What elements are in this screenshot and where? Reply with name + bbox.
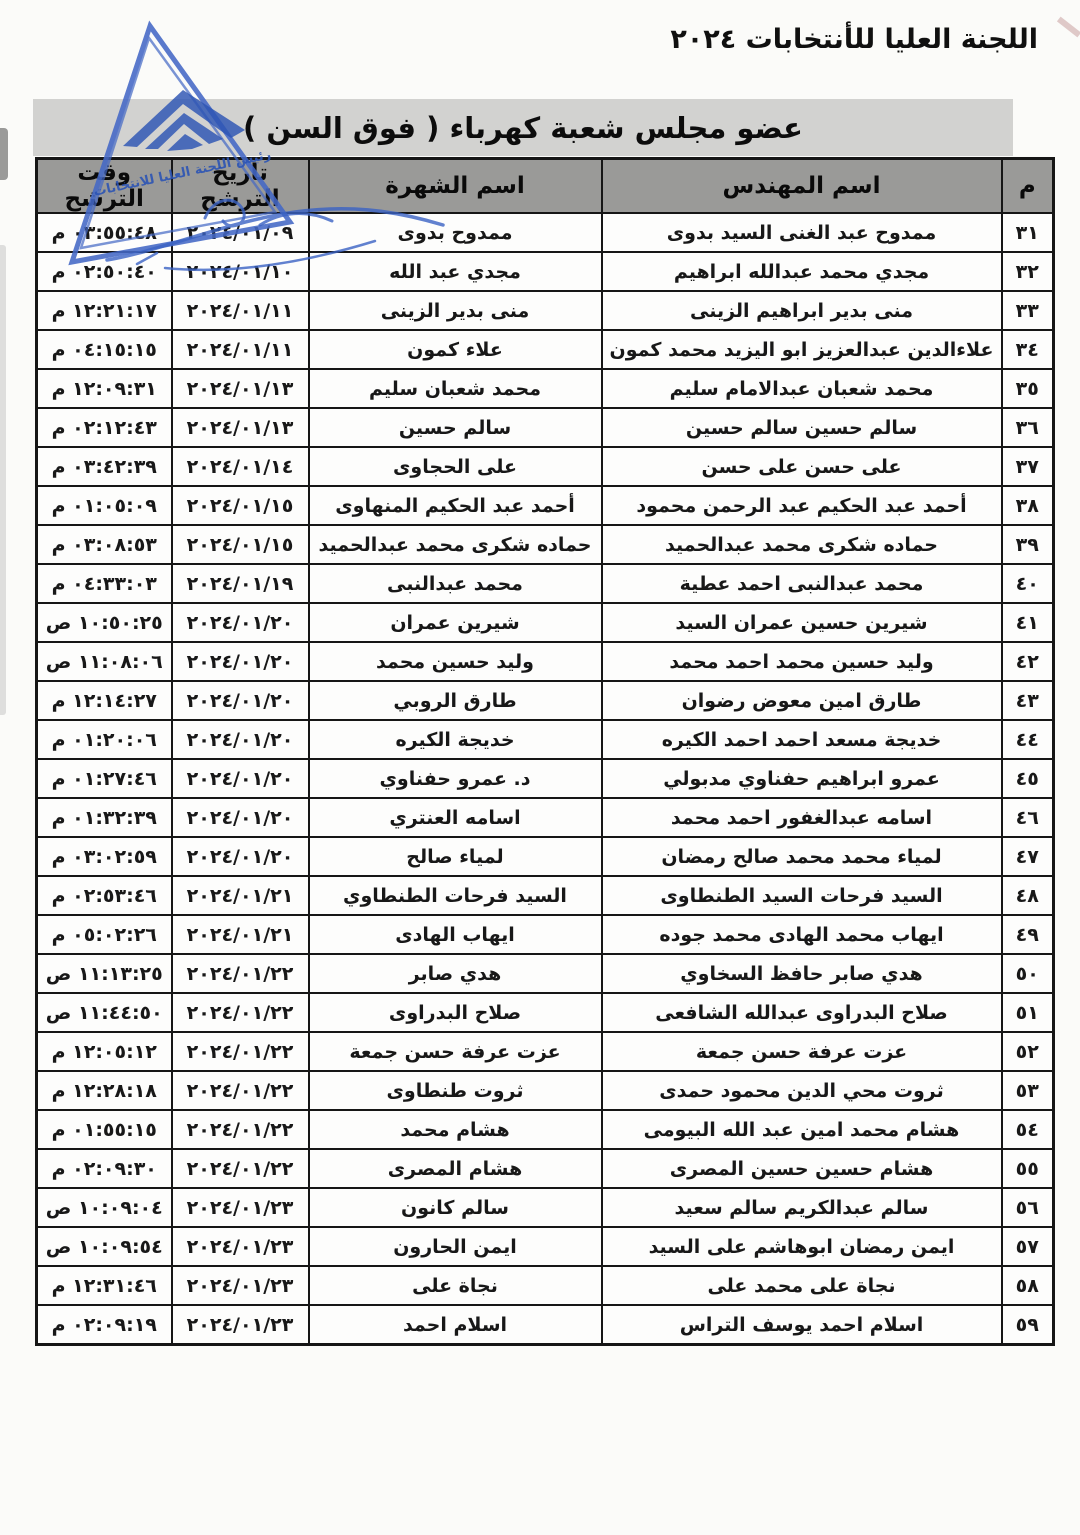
cell-engineer-name: حماده شكرى محمد عبدالحميد: [602, 525, 1002, 564]
table-row: ٣٤ علاءالدين عبدالعزيز ابو اليزيد محمد ك…: [37, 330, 1054, 369]
cell-serial-number: ٥٢: [1002, 1032, 1054, 1071]
cell-serial-number: ٥٩: [1002, 1305, 1054, 1345]
cell-alias-name: شيرين عمران: [309, 603, 602, 642]
cell-serial-number: ٤٨: [1002, 876, 1054, 915]
cell-alias-name: ايهاب الهادى: [309, 915, 602, 954]
table-row: ٤١ شيرين حسين عمران السيد شيرين عمران ٢٠…: [37, 603, 1054, 642]
cell-nomination-time: ١٢:٠٥:١٢ م: [37, 1032, 172, 1071]
cell-nomination-date: ٢٠٢٤/٠١/٢٠: [172, 603, 309, 642]
cell-nomination-date: ٢٠٢٤/٠١/٢٠: [172, 642, 309, 681]
cell-serial-number: ٤٧: [1002, 837, 1054, 876]
cell-serial-number: ٥١: [1002, 993, 1054, 1032]
cell-serial-number: ٤٢: [1002, 642, 1054, 681]
cell-nomination-date: ٢٠٢٤/٠١/٢٢: [172, 954, 309, 993]
cell-nomination-date: ٢٠٢٤/٠١/١٠: [172, 252, 309, 291]
cell-nomination-date: ٢٠٢٤/٠١/٢٢: [172, 1071, 309, 1110]
cell-nomination-date: ٢٠٢٤/٠١/١٤: [172, 447, 309, 486]
cell-nomination-date: ٢٠٢٤/٠١/٢٢: [172, 993, 309, 1032]
cell-serial-number: ٣٨: [1002, 486, 1054, 525]
cell-nomination-time: ٠٣:٠٢:٥٩ م: [37, 837, 172, 876]
cell-alias-name: لمياء صالح: [309, 837, 602, 876]
candidates-table: م اسم المهندس اسم الشهرة تاريخ الترشح وق…: [35, 157, 1055, 1346]
cell-nomination-date: ٢٠٢٤/٠١/٢٣: [172, 1266, 309, 1305]
cell-nomination-time: ١٢:٠٩:٣١ م: [37, 369, 172, 408]
scanned-document-page: اللجنة العليا للأنتخابات ٢٠٢٤ عضو مجلس ش…: [0, 0, 1080, 1535]
cell-engineer-name: خديجة مسعد احمد احمد الكيره: [602, 720, 1002, 759]
table-row: ٥٩ اسلام احمد يوسف التراس اسلام احمد ٢٠٢…: [37, 1305, 1054, 1345]
cell-engineer-name: اسلام احمد يوسف التراس: [602, 1305, 1002, 1345]
cell-nomination-date: ٢٠٢٤/٠١/٢٣: [172, 1188, 309, 1227]
cell-engineer-name: عمرو ابراهيم حفناوي مدبولي: [602, 759, 1002, 798]
cell-nomination-date: ٢٠٢٤/٠١/٢٠: [172, 720, 309, 759]
scan-artifact-corner-tick: [1057, 17, 1080, 38]
cell-serial-number: ٤٤: [1002, 720, 1054, 759]
cell-nomination-date: ٢٠٢٤/٠١/٢٣: [172, 1305, 309, 1345]
col-header-serial: م: [1002, 159, 1054, 214]
table-row: ٥٤ هشام محمد امين عبد الله البيومى هشام …: [37, 1110, 1054, 1149]
page-title: اللجنة العليا للأنتخابات ٢٠٢٤: [670, 24, 1038, 55]
cell-nomination-date: ٢٠٢٤/٠١/٢١: [172, 915, 309, 954]
cell-serial-number: ٣٤: [1002, 330, 1054, 369]
cell-engineer-name: منى بدير ابراهيم الزينى: [602, 291, 1002, 330]
cell-engineer-name: محمد شعبان عبدالامام سليم: [602, 369, 1002, 408]
cell-nomination-time: ٠١:٣٢:٣٩ م: [37, 798, 172, 837]
cell-nomination-time: ٠١:٥٥:١٥ م: [37, 1110, 172, 1149]
cell-serial-number: ٥٤: [1002, 1110, 1054, 1149]
cell-serial-number: ٤٩: [1002, 915, 1054, 954]
cell-serial-number: ٥٧: [1002, 1227, 1054, 1266]
cell-nomination-time: ٠٤:١٥:١٥ م: [37, 330, 172, 369]
cell-alias-name: سالم كانون: [309, 1188, 602, 1227]
table-row: ٤٢ وليد حسين محمد احمد محمد وليد حسين مح…: [37, 642, 1054, 681]
cell-alias-name: حماده شكرى محمد عبدالحميد: [309, 525, 602, 564]
cell-nomination-time: ٠٤:٣٣:٠٣ م: [37, 564, 172, 603]
cell-engineer-name: على حسن على حسن: [602, 447, 1002, 486]
cell-nomination-time: ٠١:٢٧:٤٦ م: [37, 759, 172, 798]
cell-serial-number: ٣٧: [1002, 447, 1054, 486]
cell-alias-name: محمد شعبان سليم: [309, 369, 602, 408]
cell-alias-name: علاء كمون: [309, 330, 602, 369]
cell-serial-number: ٥٠: [1002, 954, 1054, 993]
table-row: ٤٨ السيد فرحات السيد الطنطاوى السيد فرحا…: [37, 876, 1054, 915]
cell-alias-name: السيد فرحات الطنطاوي: [309, 876, 602, 915]
cell-alias-name: طارق الروبي: [309, 681, 602, 720]
cell-serial-number: ٥٦: [1002, 1188, 1054, 1227]
table-row: ٤٠ محمد عبدالنبى احمد عطية محمد عبدالنبى…: [37, 564, 1054, 603]
cell-engineer-name: علاءالدين عبدالعزيز ابو اليزيد محمد كمون: [602, 330, 1002, 369]
cell-engineer-name: السيد فرحات السيد الطنطاوى: [602, 876, 1002, 915]
cell-engineer-name: مجدي محمد عبدالله ابراهيم: [602, 252, 1002, 291]
cell-serial-number: ٣١: [1002, 213, 1054, 252]
cell-engineer-name: اسامه عبدالغفور احمد محمد: [602, 798, 1002, 837]
table-row: ٤٤ خديجة مسعد احمد احمد الكيره خديجة الك…: [37, 720, 1054, 759]
cell-engineer-name: طارق امين معوض رضوان: [602, 681, 1002, 720]
cell-engineer-name: أحمد عبد الحكيم عبد الرحمن محمود: [602, 486, 1002, 525]
cell-alias-name: هدي صابر: [309, 954, 602, 993]
cell-nomination-time: ٠٢:١٢:٤٣ م: [37, 408, 172, 447]
table-row: ٤٥ عمرو ابراهيم حفناوي مدبولي د. عمرو حف…: [37, 759, 1054, 798]
cell-engineer-name: نجاة على محمد على: [602, 1266, 1002, 1305]
cell-nomination-date: ٢٠٢٤/٠١/١٥: [172, 486, 309, 525]
cell-nomination-time: ١٢:٢١:١٧ م: [37, 291, 172, 330]
cell-alias-name: هشام المصرى: [309, 1149, 602, 1188]
cell-nomination-date: ٢٠٢٤/٠١/٢١: [172, 876, 309, 915]
cell-nomination-time: ١٢:١٤:٢٧ م: [37, 681, 172, 720]
table-row: ٣٨ أحمد عبد الحكيم عبد الرحمن محمود أحمد…: [37, 486, 1054, 525]
cell-nomination-time: ١٢:٣١:٤٦ م: [37, 1266, 172, 1305]
cell-nomination-date: ٢٠٢٤/٠١/١٩: [172, 564, 309, 603]
col-header-nomination-time: وقت الترشح: [37, 159, 172, 214]
cell-nomination-time: ١٠:٥٠:٢٥ ص: [37, 603, 172, 642]
cell-alias-name: عزت عرفة حسن جمعة: [309, 1032, 602, 1071]
cell-alias-name: أحمد عبد الحكيم المنهاوى: [309, 486, 602, 525]
cell-nomination-time: ٠٢:٠٩:٣٠ م: [37, 1149, 172, 1188]
cell-alias-name: د. عمرو حفناوي: [309, 759, 602, 798]
col-header-nomination-date: تاريخ الترشح: [172, 159, 309, 214]
cell-engineer-name: سالم حسين سالم حسين: [602, 408, 1002, 447]
table-row: ٣٧ على حسن على حسن على الحجاوى ٢٠٢٤/٠١/١…: [37, 447, 1054, 486]
cell-engineer-name: ايمن رمضان ابوهاشم على السيد: [602, 1227, 1002, 1266]
cell-nomination-date: ٢٠٢٤/٠١/٢٠: [172, 681, 309, 720]
cell-serial-number: ٣٥: [1002, 369, 1054, 408]
cell-nomination-time: ٠٥:٠٢:٢٦ م: [37, 915, 172, 954]
cell-alias-name: اسلام احمد: [309, 1305, 602, 1345]
table-header-row: م اسم المهندس اسم الشهرة تاريخ الترشح وق…: [37, 159, 1054, 214]
col-header-alias-name: اسم الشهرة: [309, 159, 602, 214]
cell-engineer-name: شيرين حسين عمران السيد: [602, 603, 1002, 642]
cell-serial-number: ٣٢: [1002, 252, 1054, 291]
cell-engineer-name: صلاح البدراوى عبدالله الشافعى: [602, 993, 1002, 1032]
cell-nomination-date: ٢٠٢٤/٠١/٢٢: [172, 1149, 309, 1188]
table-row: ٣٢ مجدي محمد عبدالله ابراهيم مجدي عبد ال…: [37, 252, 1054, 291]
cell-nomination-date: ٢٠٢٤/٠١/١١: [172, 291, 309, 330]
cell-alias-name: خديجة الكيره: [309, 720, 602, 759]
cell-serial-number: ٤١: [1002, 603, 1054, 642]
table-row: ٣٦ سالم حسين سالم حسين سالم حسين ٢٠٢٤/٠١…: [37, 408, 1054, 447]
cell-nomination-time: ١٠:٠٩:٠٤ ص: [37, 1188, 172, 1227]
cell-engineer-name: هشام حسين حسين المصرى: [602, 1149, 1002, 1188]
cell-engineer-name: هشام محمد امين عبد الله البيومى: [602, 1110, 1002, 1149]
cell-engineer-name: هدي صابر حافظ السخاوي: [602, 954, 1002, 993]
cell-serial-number: ٣٣: [1002, 291, 1054, 330]
cell-engineer-name: عزت عرفة حسن جمعة: [602, 1032, 1002, 1071]
cell-alias-name: هشام محمد: [309, 1110, 602, 1149]
cell-nomination-time: ٠٣:٥٥:٤٨ م: [37, 213, 172, 252]
cell-nomination-time: ١٠:٠٩:٥٤ ص: [37, 1227, 172, 1266]
cell-nomination-date: ٢٠٢٤/٠١/٢٠: [172, 759, 309, 798]
cell-nomination-date: ٢٠٢٤/٠١/٢٠: [172, 798, 309, 837]
cell-alias-name: وليد حسين محمد: [309, 642, 602, 681]
cell-nomination-time: ٠٢:٥٣:٤٦ م: [37, 876, 172, 915]
cell-engineer-name: ممدوح عبد الغنى السيد بدوى: [602, 213, 1002, 252]
scan-artifact-left-blob: [0, 128, 8, 180]
table-row: ٥١ صلاح البدراوى عبدالله الشافعى صلاح ال…: [37, 993, 1054, 1032]
cell-nomination-date: ٢٠٢٤/٠١/١٣: [172, 369, 309, 408]
cell-serial-number: ٤٦: [1002, 798, 1054, 837]
cell-nomination-time: ١٢:٢٨:١٨ م: [37, 1071, 172, 1110]
cell-serial-number: ٣٩: [1002, 525, 1054, 564]
section-title-band: عضو مجلس شعبة كهرباء ( فوق السن ): [33, 99, 1013, 156]
cell-nomination-time: ٠٣:٠٨:٥٣ م: [37, 525, 172, 564]
table-row: ٥٣ ثروت محي الدين محمود حمدى ثروت طنطاوى…: [37, 1071, 1054, 1110]
cell-serial-number: ٥٥: [1002, 1149, 1054, 1188]
cell-nomination-time: ٠٢:٥٠:٤٠ م: [37, 252, 172, 291]
cell-nomination-date: ٢٠٢٤/٠١/١٣: [172, 408, 309, 447]
cell-alias-name: على الحجاوى: [309, 447, 602, 486]
table-row: ٣١ ممدوح عبد الغنى السيد بدوى ممدوح بدوى…: [37, 213, 1054, 252]
cell-alias-name: منى بدير الزينى: [309, 291, 602, 330]
table-row: ٥٧ ايمن رمضان ابوهاشم على السيد ايمن الح…: [37, 1227, 1054, 1266]
cell-serial-number: ٤٠: [1002, 564, 1054, 603]
cell-nomination-date: ٢٠٢٤/٠١/١١: [172, 330, 309, 369]
cell-nomination-time: ٠١:٠٥:٠٩ م: [37, 486, 172, 525]
table-row: ٣٥ محمد شعبان عبدالامام سليم محمد شعبان …: [37, 369, 1054, 408]
candidates-table-body: ٣١ ممدوح عبد الغنى السيد بدوى ممدوح بدوى…: [37, 213, 1054, 1345]
cell-nomination-time: ٠١:٢٠:٠٦ م: [37, 720, 172, 759]
table-row: ٤٩ ايهاب محمد الهادى محمد جوده ايهاب اله…: [37, 915, 1054, 954]
table-row: ٣٩ حماده شكرى محمد عبدالحميد حماده شكرى …: [37, 525, 1054, 564]
cell-alias-name: نجاة على: [309, 1266, 602, 1305]
table-row: ٤٦ اسامه عبدالغفور احمد محمد اسامه العنت…: [37, 798, 1054, 837]
cell-nomination-time: ١١:١٣:٢٥ ص: [37, 954, 172, 993]
cell-engineer-name: ثروت محي الدين محمود حمدى: [602, 1071, 1002, 1110]
table-row: ٤٧ لمياء محمد محمد صالح رمضان لمياء صالح…: [37, 837, 1054, 876]
table-row: ٥٢ عزت عرفة حسن جمعة عزت عرفة حسن جمعة ٢…: [37, 1032, 1054, 1071]
cell-alias-name: صلاح البدراوى: [309, 993, 602, 1032]
table-row: ٣٣ منى بدير ابراهيم الزينى منى بدير الزي…: [37, 291, 1054, 330]
cell-nomination-date: ٢٠٢٤/٠١/٢٣: [172, 1227, 309, 1266]
table-row: ٥٥ هشام حسين حسين المصرى هشام المصرى ٢٠٢…: [37, 1149, 1054, 1188]
cell-nomination-date: ٢٠٢٤/٠١/٢٢: [172, 1110, 309, 1149]
cell-serial-number: ٣٦: [1002, 408, 1054, 447]
cell-alias-name: ايمن الحارون: [309, 1227, 602, 1266]
cell-alias-name: سالم حسين: [309, 408, 602, 447]
cell-alias-name: مجدي عبد الله: [309, 252, 602, 291]
cell-alias-name: ثروت طنطاوى: [309, 1071, 602, 1110]
cell-serial-number: ٤٣: [1002, 681, 1054, 720]
cell-engineer-name: محمد عبدالنبى احمد عطية: [602, 564, 1002, 603]
cell-nomination-date: ٢٠٢٤/٠١/١٥: [172, 525, 309, 564]
cell-serial-number: ٥٣: [1002, 1071, 1054, 1110]
scan-artifact-left-streak: [0, 245, 6, 715]
table-row: ٥٦ سالم عبدالكريم سالم سعيد سالم كانون ٢…: [37, 1188, 1054, 1227]
cell-nomination-time: ١١:٤٤:٥٠ ص: [37, 993, 172, 1032]
cell-alias-name: اسامه العنتري: [309, 798, 602, 837]
cell-serial-number: ٥٨: [1002, 1266, 1054, 1305]
cell-nomination-time: ١١:٠٨:٠٦ ص: [37, 642, 172, 681]
cell-engineer-name: سالم عبدالكريم سالم سعيد: [602, 1188, 1002, 1227]
cell-alias-name: محمد عبدالنبى: [309, 564, 602, 603]
cell-nomination-time: ٠٢:٠٩:١٩ م: [37, 1305, 172, 1345]
table-row: ٤٣ طارق امين معوض رضوان طارق الروبي ٢٠٢٤…: [37, 681, 1054, 720]
col-header-engineer-name: اسم المهندس: [602, 159, 1002, 214]
cell-serial-number: ٤٥: [1002, 759, 1054, 798]
table-row: ٥٨ نجاة على محمد على نجاة على ٢٠٢٤/٠١/٢٣…: [37, 1266, 1054, 1305]
cell-nomination-date: ٢٠٢٤/٠١/٠٩: [172, 213, 309, 252]
cell-nomination-date: ٢٠٢٤/٠١/٢٠: [172, 837, 309, 876]
cell-engineer-name: لمياء محمد محمد صالح رمضان: [602, 837, 1002, 876]
cell-nomination-date: ٢٠٢٤/٠١/٢٢: [172, 1032, 309, 1071]
cell-alias-name: ممدوح بدوى: [309, 213, 602, 252]
table-row: ٥٠ هدي صابر حافظ السخاوي هدي صابر ٢٠٢٤/٠…: [37, 954, 1054, 993]
cell-engineer-name: ايهاب محمد الهادى محمد جوده: [602, 915, 1002, 954]
cell-nomination-time: ٠٣:٤٢:٣٩ م: [37, 447, 172, 486]
cell-engineer-name: وليد حسين محمد احمد محمد: [602, 642, 1002, 681]
